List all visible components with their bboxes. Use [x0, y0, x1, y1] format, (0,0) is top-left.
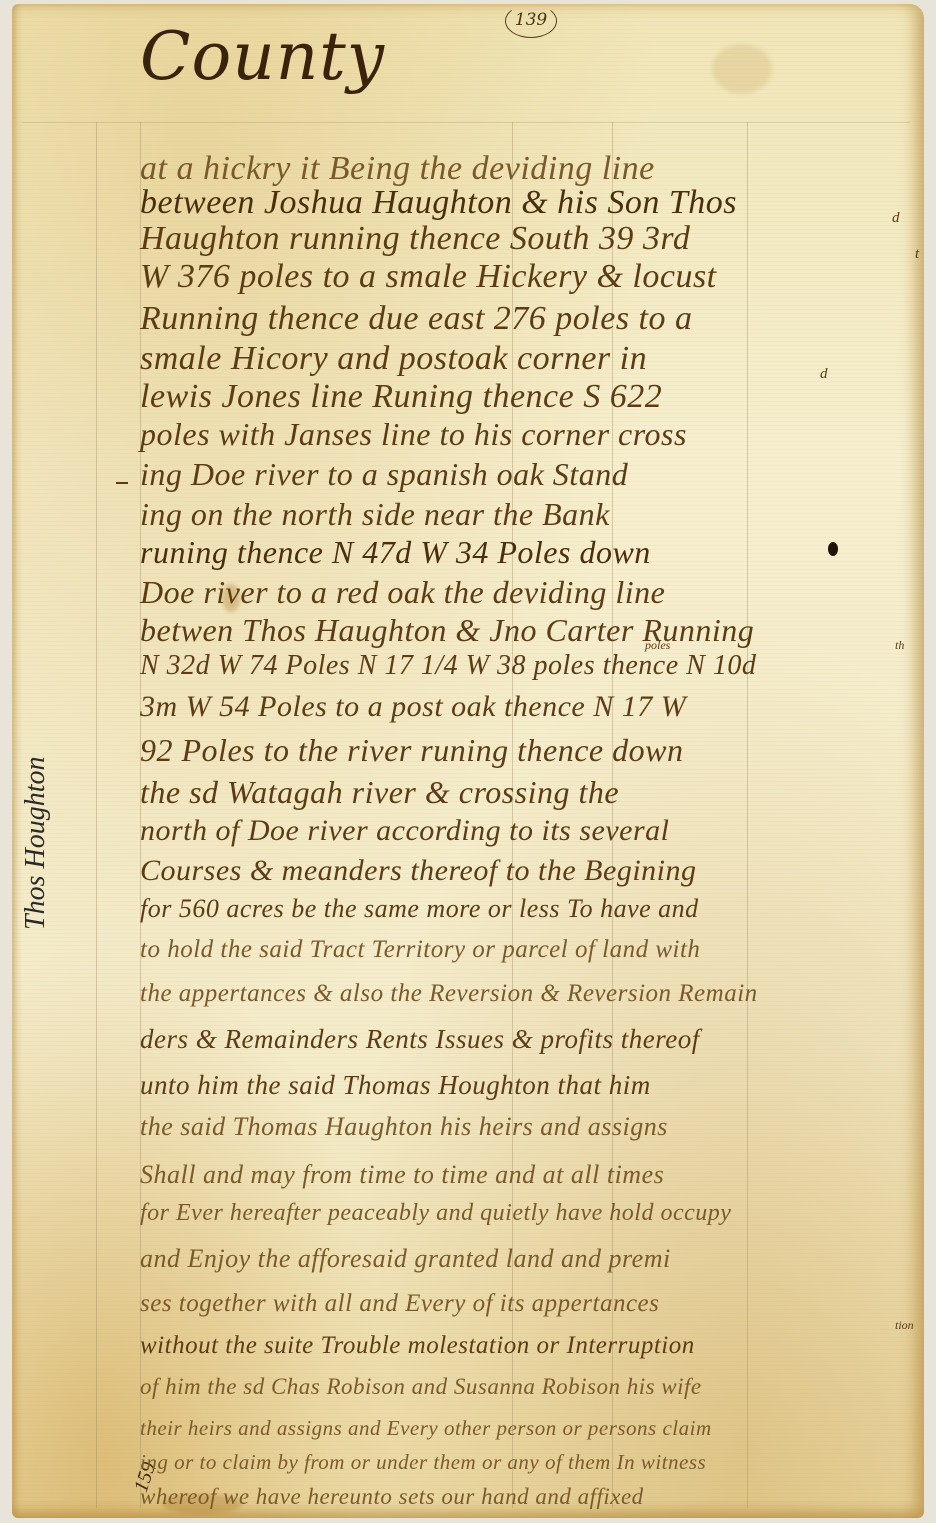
text-line: for Ever hereafter peaceably and quietly… [140, 1200, 731, 1227]
water-stain [712, 44, 772, 94]
text-line: Courses & meanders thereof to the Begini… [140, 854, 697, 888]
interlinear-note: poles [645, 638, 670, 653]
text-line: and Enjoy the afforesaid granted land an… [140, 1244, 671, 1274]
text-line: Haughton running thence South 39 3rd [140, 220, 690, 258]
text-line: for 560 acres be the same more or less T… [140, 894, 699, 924]
text-line: ing on the north side near the Bank [140, 496, 610, 533]
text-line: lewis Jones line Runing thence S 622 [140, 378, 662, 416]
interlinear-note: d [892, 210, 900, 227]
text-line: to hold the said Tract Territory or parc… [140, 936, 700, 964]
page-number: 139 [505, 4, 557, 38]
text-line: between Joshua Haughton & his Son Thos [140, 184, 737, 222]
text-line: 92 Poles to the river runing thence down [140, 732, 683, 769]
interlinear-note: t [915, 246, 919, 263]
text-line: ders & Remainders Rents Issues & profits… [140, 1024, 700, 1055]
text-line: Shall and may from time to time and at a… [140, 1160, 664, 1190]
text-line: of him the sd Chas Robison and Susanna R… [140, 1374, 702, 1400]
text-line: 3m W 54 Poles to a post oak thence N 17 … [140, 690, 686, 724]
text-line: N 32d W 74 Poles N 17 1/4 W 38 poles the… [140, 650, 756, 682]
text-line: W 376 poles to a smale Hickery & locust [140, 258, 717, 296]
text-line: whereof we have hereunto sets our hand a… [140, 1484, 644, 1510]
text-line: Running thence due east 276 poles to a [140, 300, 693, 338]
text-line: the appertances & also the Reversion & R… [140, 980, 758, 1008]
ink-blot [828, 542, 838, 556]
text-line: ing or to claim by from or under them or… [140, 1450, 706, 1475]
margin-annotation: Thos Houghton [20, 757, 52, 930]
text-line: ses together with all and Every of its a… [140, 1290, 659, 1318]
margin-rule [96, 122, 97, 1508]
text-line: their heirs and assigns and Every other … [140, 1416, 712, 1441]
text-line: smale Hicory and postoak corner in [140, 340, 647, 378]
text-line: Doe river to a red oak the deviding line [140, 574, 665, 611]
county-heading: County [140, 18, 385, 95]
text-line: ing Doe river to a spanish oak Stand [140, 456, 628, 493]
interlinear-note: d [820, 366, 828, 383]
text-line: runing thence N 47d W 34 Poles down [140, 534, 651, 571]
text-line: poles with Janses line to his corner cro… [140, 416, 687, 453]
hyphen-mark [116, 482, 128, 484]
header-rule [22, 122, 910, 123]
interlinear-note: tion [895, 1318, 914, 1333]
interlinear-note: th [895, 638, 904, 653]
text-line: north of Doe river according to its seve… [140, 814, 669, 848]
text-line: at a hickry it Being the deviding line [140, 150, 655, 188]
text-line: the said Thomas Haughton his heirs and a… [140, 1112, 668, 1142]
column-rule [747, 122, 748, 1508]
text-line: unto him the said Thomas Houghton that h… [140, 1070, 651, 1101]
text-line: the sd Watagah river & crossing the [140, 774, 619, 811]
text-line: without the suite Trouble molestation or… [140, 1332, 695, 1360]
